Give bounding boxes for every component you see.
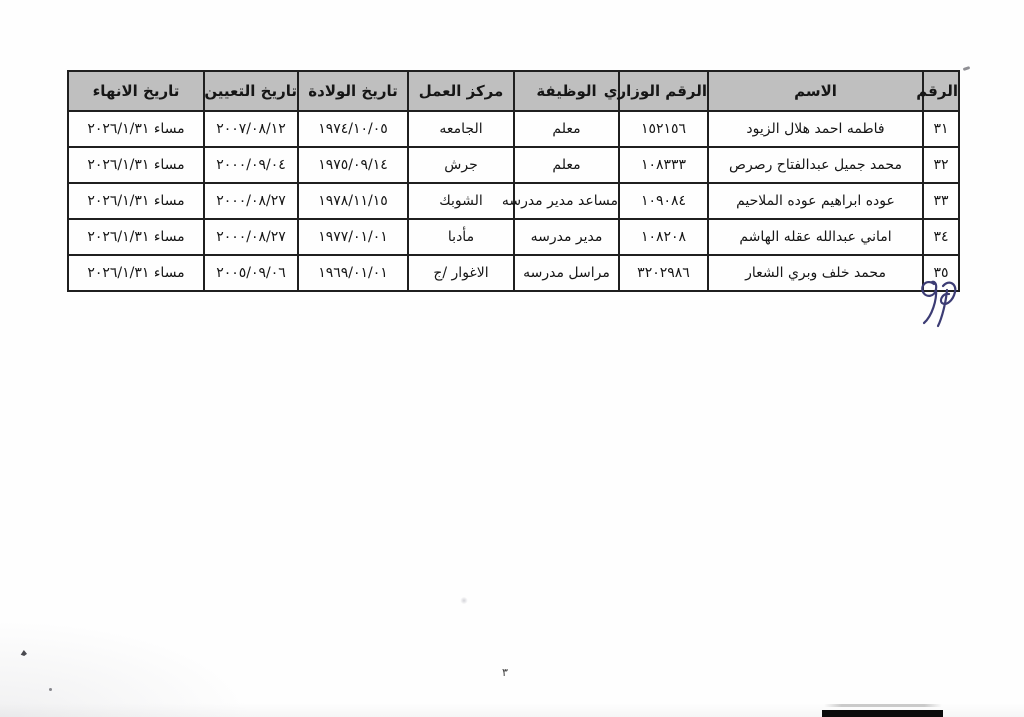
handwritten-mark <box>916 276 960 330</box>
table-cell: ٢٠٠٠/٠٩/٠٤ <box>204 147 298 183</box>
column-header: الاسم <box>708 71 923 111</box>
table-cell: ٣٢ <box>923 147 959 183</box>
table-cell: ٣٤ <box>923 219 959 255</box>
column-header: تاريخ الانهاء <box>68 71 204 111</box>
employees-table: الرقمالاسمالرقم الوزاريالوظيفةمركز العمل… <box>67 70 960 292</box>
scan-speck-top-right <box>963 66 971 71</box>
table-cell: ١٩٧٧/٠١/٠١ <box>298 219 408 255</box>
table-row: ٣٣عوده ابراهيم عوده الملاحيم١٠٩٠٨٤مساعد … <box>68 183 959 219</box>
table-body: ٣١فاطمه احمد هلال الزيود١٥٢١٥٦معلمالجامع… <box>68 111 959 291</box>
scan-artifact-line <box>824 704 942 707</box>
table-cell: الشوبك <box>408 183 514 219</box>
scan-speck-bottom-left <box>20 650 27 656</box>
table-header: الرقمالاسمالرقم الوزاريالوظيفةمركز العمل… <box>68 71 959 111</box>
scan-speck-small <box>49 688 52 691</box>
table-cell: ٢٠٠٥/٠٩/٠٦ <box>204 255 298 291</box>
table-cell: ٢٠٠٧/٠٨/١٢ <box>204 111 298 147</box>
table-cell: ١٥٢١٥٦ <box>619 111 708 147</box>
table-cell: مساء ٢٠٢٦/١/٣١ <box>68 219 204 255</box>
table-cell: ٣٢٠٢٩٨٦ <box>619 255 708 291</box>
column-header: الرقم الوزاري <box>619 71 708 111</box>
table-cell: جرش <box>408 147 514 183</box>
table-cell: الجامعه <box>408 111 514 147</box>
table-row: ٣٥محمد خلف وبري الشعار٣٢٠٢٩٨٦مراسل مدرسه… <box>68 255 959 291</box>
table-cell: ٢٠٠٠/٠٨/٢٧ <box>204 219 298 255</box>
table-cell: ٣٣ <box>923 183 959 219</box>
column-header: تاريخ التعيين <box>204 71 298 111</box>
scan-smudge-center <box>460 597 468 604</box>
table-cell: محمد خلف وبري الشعار <box>708 255 923 291</box>
table-cell: ١٩٧٨/١١/١٥ <box>298 183 408 219</box>
table-row: ٣١فاطمه احمد هلال الزيود١٥٢١٥٦معلمالجامع… <box>68 111 959 147</box>
table-cell: ٣١ <box>923 111 959 147</box>
table-cell: مدير مدرسه <box>514 219 619 255</box>
table-cell: فاطمه احمد هلال الزيود <box>708 111 923 147</box>
redaction-bar <box>822 710 943 717</box>
table-cell: مأدبا <box>408 219 514 255</box>
table-cell: ١٠٨٣٣٣ <box>619 147 708 183</box>
table-cell: معلم <box>514 111 619 147</box>
table-cell: اماني عبدالله عقله الهاشم <box>708 219 923 255</box>
column-header: مركز العمل <box>408 71 514 111</box>
table-cell: مساء ٢٠٢٦/١/٣١ <box>68 147 204 183</box>
table-cell: مراسل مدرسه <box>514 255 619 291</box>
table-cell: ١٩٦٩/٠١/٠١ <box>298 255 408 291</box>
table-cell: ١٩٧٥/٠٩/١٤ <box>298 147 408 183</box>
table-cell: الاغوار /ج <box>408 255 514 291</box>
column-header: تاريخ الولادة <box>298 71 408 111</box>
table-row: ٣٢محمد جميل عبدالفتاح رصرص١٠٨٣٣٣معلمجرش١… <box>68 147 959 183</box>
table-cell: محمد جميل عبدالفتاح رصرص <box>708 147 923 183</box>
table-cell: ١٩٧٤/١٠/٠٥ <box>298 111 408 147</box>
page-number: ٣ <box>502 666 508 679</box>
table-cell: ١٠٩٠٨٤ <box>619 183 708 219</box>
column-header: الرقم <box>923 71 959 111</box>
table-cell: ٢٠٠٠/٠٨/٢٧ <box>204 183 298 219</box>
table-cell: ١٠٨٢٠٨ <box>619 219 708 255</box>
table-cell: مساء ٢٠٢٦/١/٣١ <box>68 183 204 219</box>
table-cell: عوده ابراهيم عوده الملاحيم <box>708 183 923 219</box>
scanned-page: الرقمالاسمالرقم الوزاريالوظيفةمركز العمل… <box>0 0 1024 717</box>
table-cell: مساعد مدير مدرسه <box>514 183 619 219</box>
table-cell: مساء ٢٠٢٦/١/٣١ <box>68 111 204 147</box>
table-row: ٣٤اماني عبدالله عقله الهاشم١٠٨٢٠٨مدير مد… <box>68 219 959 255</box>
table-cell: مساء ٢٠٢٦/١/٣١ <box>68 255 204 291</box>
table-cell: معلم <box>514 147 619 183</box>
table-header-row: الرقمالاسمالرقم الوزاريالوظيفةمركز العمل… <box>68 71 959 111</box>
